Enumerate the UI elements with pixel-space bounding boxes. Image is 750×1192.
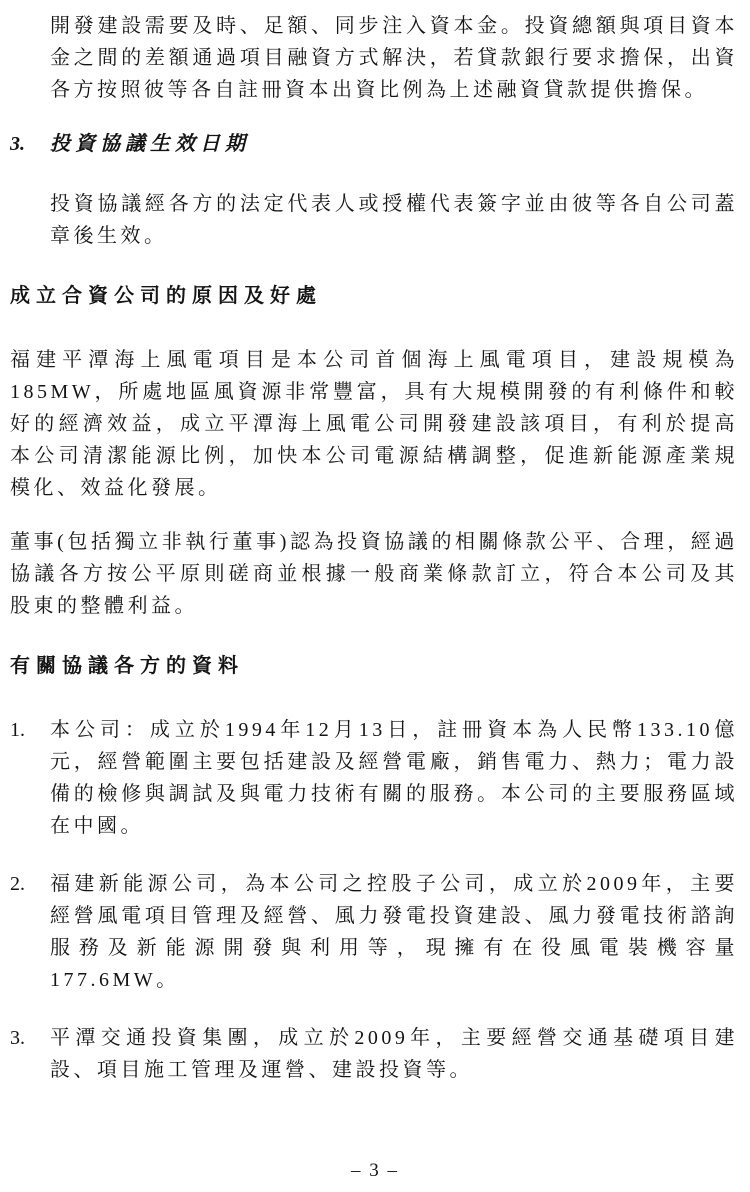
party-item-3-number: 3.: [10, 1022, 50, 1086]
party-item-3: 3. 平潭交通投資集團，成立於2009年，主要經營交通基礎項目建設、項目施工管理…: [10, 1022, 738, 1086]
party-item-2: 2. 福建新能源公司，為本公司之控股子公司，成立於2009年，主要經營風電項目管…: [10, 868, 738, 996]
section-3-title: 投資協議生效日期: [50, 128, 250, 160]
reasons-heading: 成立合資公司的原因及好處: [10, 280, 738, 312]
party-item-2-number: 2.: [10, 868, 50, 996]
party-item-1: 1. 本公司：成立於1994年12月13日，註冊資本為人民幣133.10億元，經…: [10, 714, 738, 842]
section-3-body: 投資協議經各方的法定代表人或授權代表簽字並由彼等各自公司蓋章後生效。: [50, 188, 738, 252]
party-item-2-text: 福建新能源公司，為本公司之控股子公司，成立於2009年，主要經營風電項目管理及經…: [50, 868, 738, 996]
party-item-1-text: 本公司：成立於1994年12月13日，註冊資本為人民幣133.10億元，經營範圍…: [50, 714, 738, 842]
party-item-3-text: 平潭交通投資集團，成立於2009年，主要經營交通基礎項目建設、項目施工管理及運營…: [50, 1022, 738, 1086]
page-number: – 3 –: [0, 1160, 750, 1182]
parties-heading: 有關協議各方的資料: [10, 650, 738, 682]
section-3-heading: 3. 投資協議生效日期: [10, 128, 738, 160]
section-3-number: 3.: [10, 128, 50, 160]
reasons-paragraph-2: 董事(包括獨立非執行董事)認為投資協議的相關條款公平、合理，經過協議各方按公平原…: [10, 526, 738, 622]
reasons-paragraph-1: 福建平潭海上風電項目是本公司首個海上風電項目，建設規模為185MW，所處地區風資…: [10, 344, 738, 504]
document-page: 開發建設需要及時、足額、同步注入資本金。投資總額與項目資本金之間的差額通過項目融…: [0, 0, 750, 1192]
intro-paragraph: 開發建設需要及時、足額、同步注入資本金。投資總額與項目資本金之間的差額通過項目融…: [50, 10, 738, 106]
party-item-1-number: 1.: [10, 714, 50, 842]
